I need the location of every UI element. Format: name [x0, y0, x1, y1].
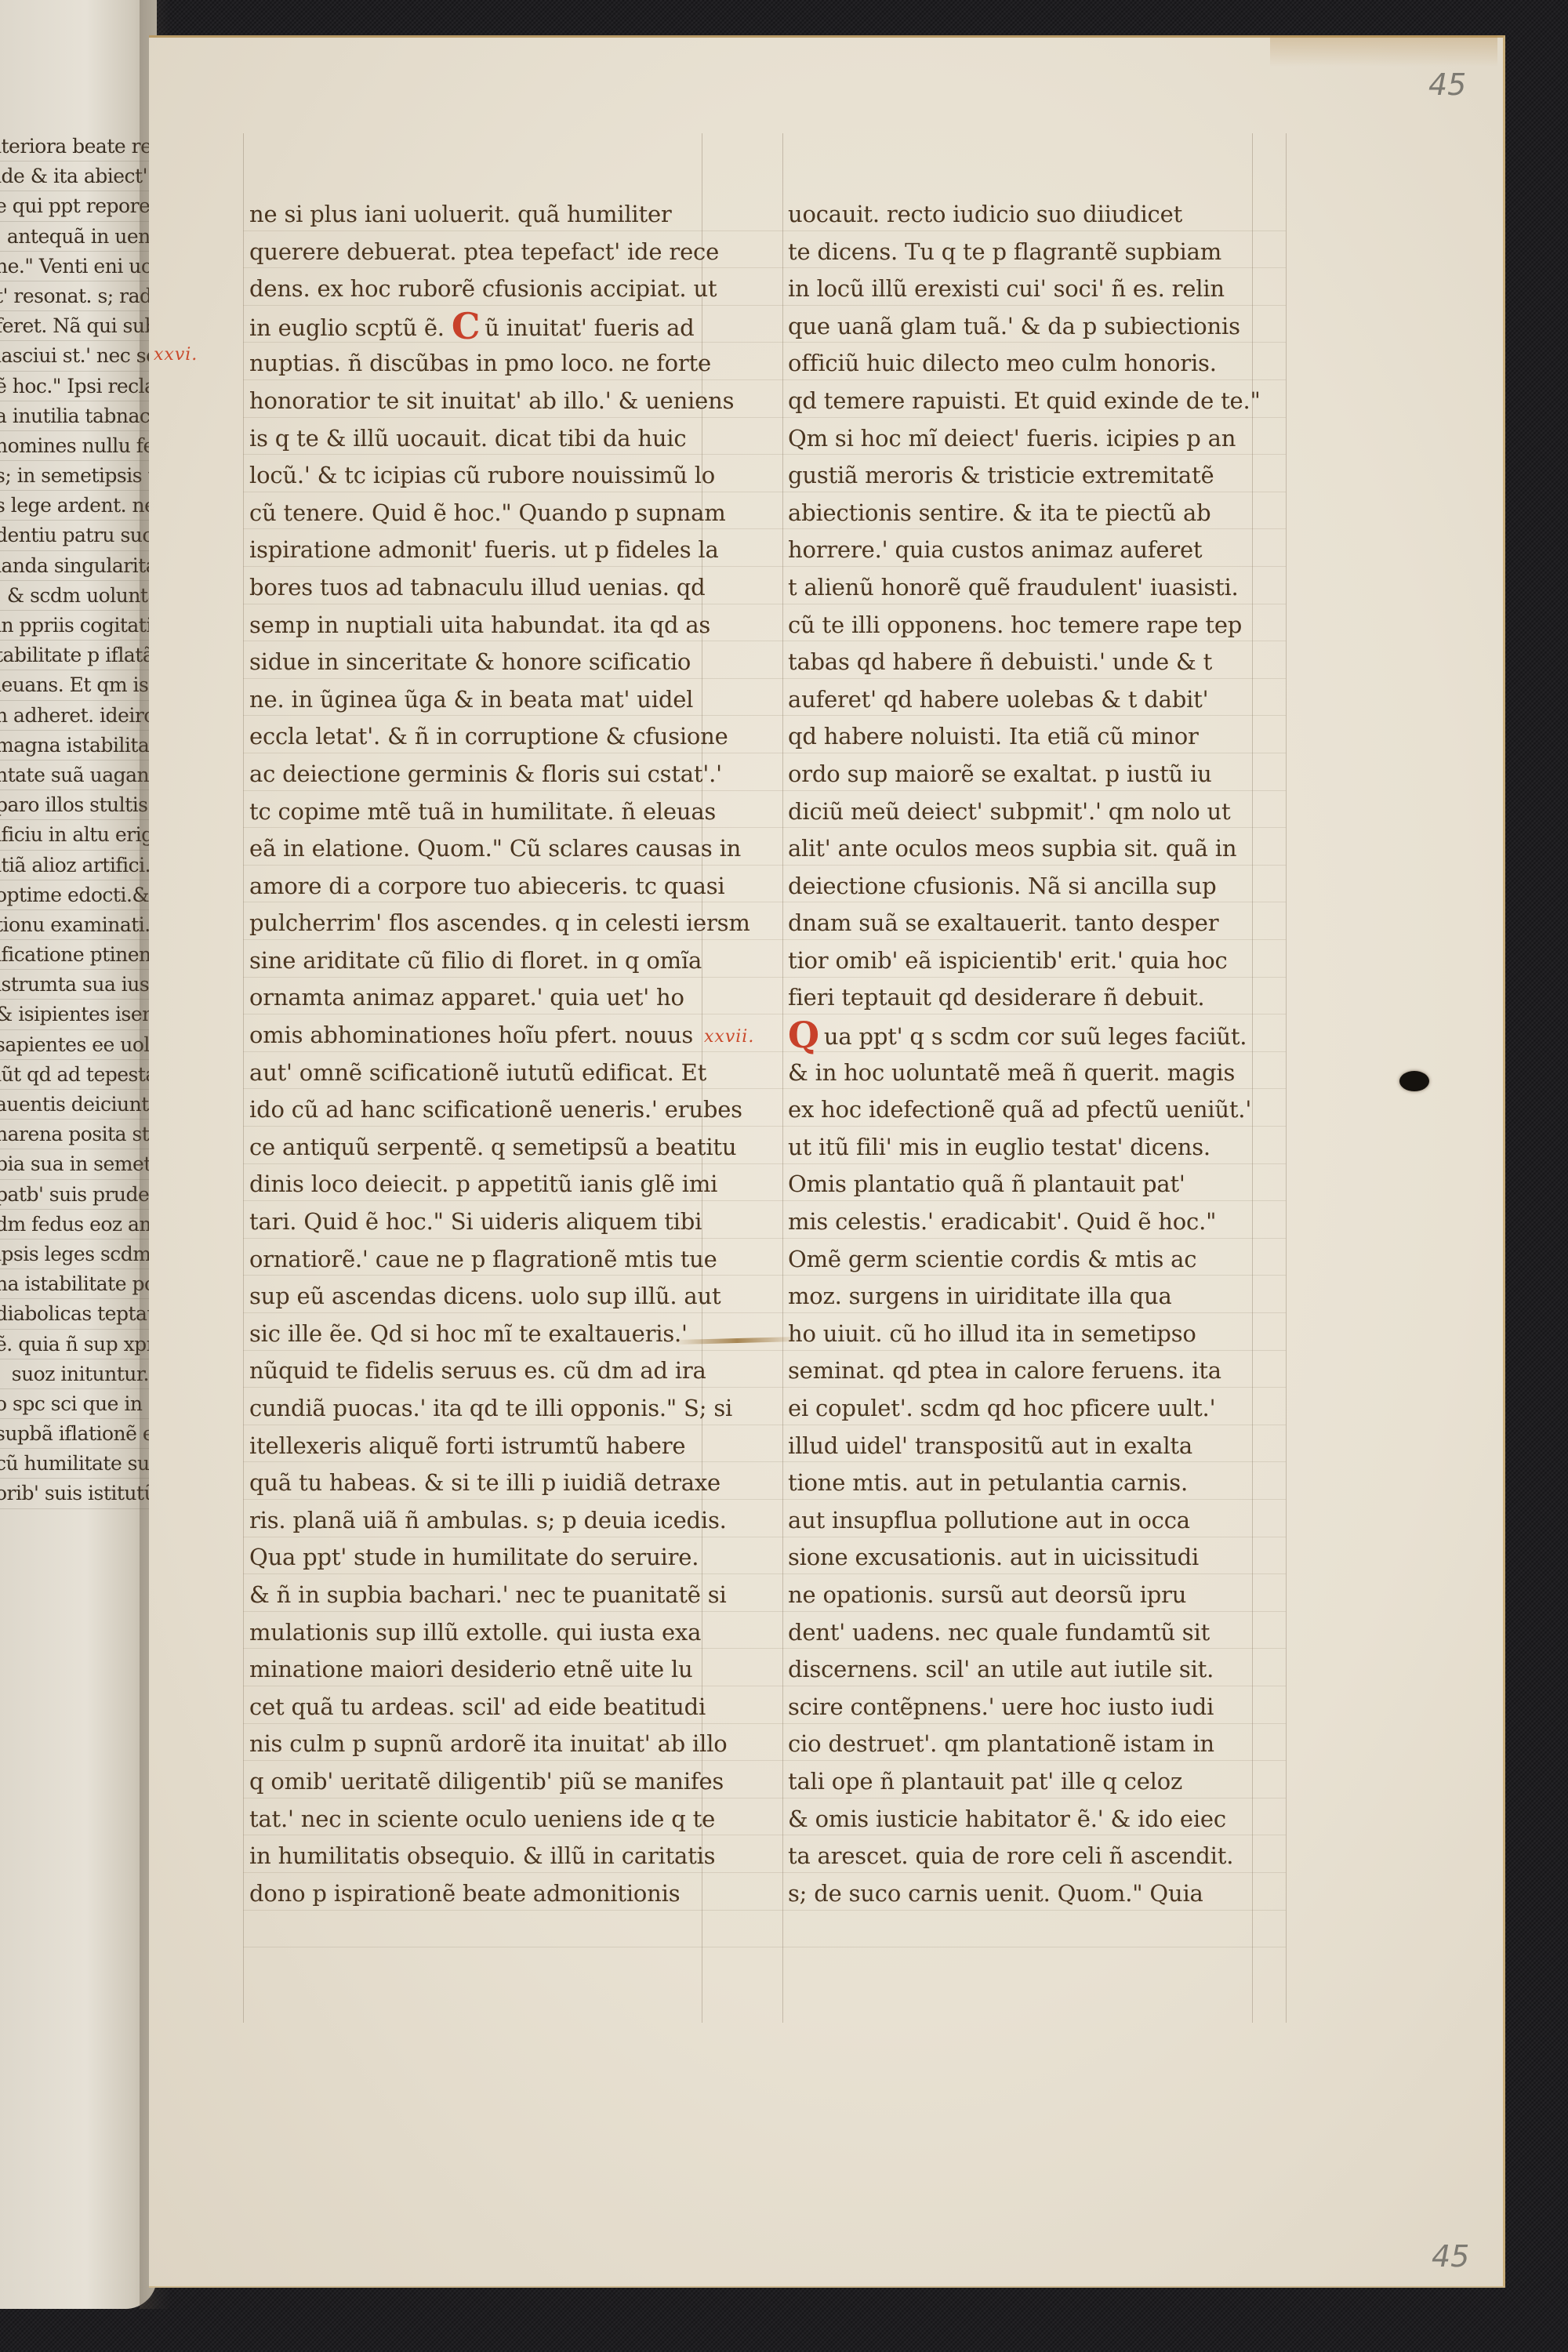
- verso-text-line: s; in semetipsis tor: [0, 461, 157, 491]
- text-line: ei copulet'. scdm qd hoc pficere uult.': [788, 1390, 1261, 1428]
- text-line: eã in elatione. Quom." Cũ sclares causas…: [249, 830, 750, 868]
- text-line: tior omib' eã ispicientib' erit.' quia h…: [788, 942, 1261, 980]
- text-line: pulcherrim' flos ascendes. q in celesti …: [249, 905, 750, 942]
- verso-text-line: paro illos stultis ar: [0, 790, 157, 820]
- text-line: itellexeris aliquẽ forti istrumtũ habere: [249, 1428, 750, 1465]
- text-line: locũ.' & tc icipias cũ rubore nouissimũ …: [249, 457, 750, 495]
- text-line: Omis plantatio quã ñ plantauit pat': [788, 1166, 1261, 1203]
- verso-text-line: magna istabilitat: [0, 731, 157, 760]
- verso-text-line: in ppriis cogitatio: [0, 611, 157, 641]
- text-line: bores tuos ad tabnaculu illud uenias. qd: [249, 569, 750, 607]
- text-line: qd temere rapuisti. Et quid exinde de te…: [788, 383, 1261, 420]
- text-line: aut' omnẽ scificationẽ iututũ edificat. …: [249, 1054, 750, 1092]
- text-line: deiectione cfusionis. Nã si ancilla sup: [788, 868, 1261, 906]
- text-line: ta arescet. quia de rore celi ñ ascendit…: [788, 1838, 1261, 1875]
- text-line: ordo sup maiorẽ se exaltat. p iustũ iu: [788, 756, 1261, 793]
- text-line: eccla letat'. & ñ in corruptione & cfusi…: [249, 718, 750, 756]
- text-line: aut insupflua pollutione aut in occa: [788, 1502, 1261, 1540]
- text-line: tari. Quid ẽ hoc." Si uideris aliquem ti…: [249, 1203, 750, 1241]
- verso-text-line: orib' suis istitutũ ẽ.: [0, 1479, 157, 1508]
- verso-text-line: na istabilitate ponu: [0, 1269, 157, 1299]
- text-line: ce antiquũ serpentẽ. q semetipsũ a beati…: [249, 1129, 750, 1167]
- verso-text-line: tionu examinati.: [0, 910, 157, 940]
- verso-text-line: homines nullu fer: [0, 431, 157, 461]
- verso-text-line: patb' suis prudentes: [0, 1180, 157, 1210]
- text-line: cet quã tu ardeas. scil' ad eide beatitu…: [249, 1689, 750, 1726]
- text-line: ornamta animaz apparet.' quia uet' ho: [249, 979, 750, 1017]
- text-line: diciũ meũ deiect' subpmit'.' qm nolo ut: [788, 793, 1261, 831]
- verso-text-line: lasciui st.' nec scdm: [0, 341, 157, 371]
- verso-text-line: ificatione ptinent: [0, 940, 157, 970]
- text-line: minatione maiori desiderio etnẽ uite lu: [249, 1651, 750, 1689]
- text-line: dinis loco deiecit. p appetitũ ianis glẽ…: [249, 1166, 750, 1203]
- verso-text-line: cũ humilitate sui: [0, 1449, 157, 1479]
- verso-text-line: feret. Nã qui sub: [0, 311, 157, 341]
- text-line: sine ariditate cũ filio di floret. in q …: [249, 942, 750, 980]
- text-line: Omẽ germ scientie cordis & mtis ac: [788, 1241, 1261, 1279]
- text-line: querere debuerat. ptea tepefact' ide rec…: [249, 234, 750, 271]
- text-line: mulationis sup illũ extolle. qui iusta e…: [249, 1614, 750, 1652]
- text-line: illud uidel' transpositũ aut in exalta: [788, 1428, 1261, 1465]
- text-line: cũ te illi opponens. hoc temere rape tep: [788, 607, 1261, 644]
- text-line: auferet' qd habere uolebas & t dabit': [788, 681, 1261, 719]
- text-line: ne opationis. sursũ aut deorsũ ipru: [788, 1577, 1261, 1614]
- text-line: & omis iusticie habitator ẽ.' & ido eiec: [788, 1801, 1261, 1838]
- text-line: abiectionis sentire. & ita te piectũ ab: [788, 495, 1261, 532]
- text-line: gustiã meroris & tristicie extremitatẽ: [788, 457, 1261, 495]
- verso-text-line: ide & ita abiect' con: [0, 162, 157, 191]
- text-line: amore di a corpore tuo abieceris. tc qua…: [249, 868, 750, 906]
- verso-text-line: e qui ppt reporem: [0, 191, 157, 221]
- verso-text-line: bia sua in semetipsis: [0, 1149, 157, 1179]
- text-line: nuptias. ñ discũbas in pmo loco. ne fort…: [249, 345, 750, 383]
- text-line: mis celestis.' eradicabit'. Quid ẽ hoc.": [788, 1203, 1261, 1241]
- text-line: in humilitatis obsequio. & illũ in carit…: [249, 1838, 750, 1875]
- text-line: tc copime mtẽ tuã in humilitate. ñ eleua…: [249, 793, 750, 831]
- text-line: Qua ppt' q s scdm cor suũ leges faciũt.: [788, 1017, 1261, 1054]
- text-line: ido cũ ad hanc scificationẽ ueneris.' er…: [249, 1091, 750, 1129]
- folio-number-top: 45: [1428, 67, 1466, 102]
- verso-text-line: ianda singularitati: [0, 551, 157, 581]
- text-column-left: ne si plus iani uoluerit. quã humiliterq…: [249, 196, 750, 1912]
- text-line: sup eũ ascendas dicens. uolo sup illũ. a…: [249, 1278, 750, 1316]
- verso-text-line: ẽ hoc." Ipsi reclam: [0, 372, 157, 401]
- verso-text-line: istrumta sua iust: [0, 970, 157, 1000]
- red-initial: C: [452, 305, 480, 347]
- text-line: quã tu habeas. & si te illi p iuidiã det…: [249, 1465, 750, 1502]
- text-line: dens. ex hoc ruborẽ cfusionis accipiat. …: [249, 270, 750, 308]
- verso-text-line: ipsis leges scdm uo: [0, 1240, 157, 1269]
- text-line: ornatiorẽ.' caue ne p flagrationẽ mtis t…: [249, 1241, 750, 1279]
- text-line: honoratior te sit inuitat' ab illo.' & u…: [249, 383, 750, 420]
- text-line: ne. in ũginea ũga & in beata mat' uidel: [249, 681, 750, 719]
- verso-text-line: n adheret. ideirco: [0, 701, 157, 731]
- text-line: cũ tenere. Quid ẽ hoc." Quando p supnam: [249, 495, 750, 532]
- verso-text-line: . & scdm uolunta: [0, 581, 157, 611]
- text-line: que uanã glam tuã.' & da p subiectionis: [788, 308, 1261, 346]
- text-line: semp in nuptiali uita habundat. ita qd a…: [249, 607, 750, 644]
- verso-text-line: tabilitate p iflatã: [0, 641, 157, 670]
- verso-text-block: iteriora beate recepide & ita abiect' co…: [0, 132, 157, 1509]
- text-line: tali ope ñ plantauit pat' ille q celoz: [788, 1763, 1261, 1801]
- text-line: tat.' nec in sciente oculo ueniens ide q…: [249, 1801, 750, 1838]
- text-line: sione excusationis. aut in uicissitudi: [788, 1539, 1261, 1577]
- text-line: tabas qd habere ñ debuisti.' unde & t: [788, 644, 1261, 681]
- text-line: horrere.' quia custos animaz auferet: [788, 532, 1261, 569]
- ruling-line: [1286, 133, 1287, 2023]
- text-line: cundiã puocas.' ita qd te illi opponis."…: [249, 1390, 750, 1428]
- verso-text-line: sapientes ee uolunt.: [0, 1030, 157, 1060]
- text-line: qd habere noluisti. Ita etiã cũ minor: [788, 718, 1261, 756]
- edge-stain: [1270, 35, 1497, 67]
- verso-text-line: auentis deiciunt.: [0, 1090, 157, 1120]
- verso-text-line: iũt qd ad tepestates: [0, 1060, 157, 1090]
- text-line: te dicens. Tu q te p flagrantẽ supbiam: [788, 234, 1261, 271]
- text-line: ris. planã uiã ñ ambulas. s; p deuia ice…: [249, 1502, 750, 1540]
- verso-text-line: dentiu patru suoz: [0, 521, 157, 550]
- verso-text-line: supbã iflationẽ euacu: [0, 1419, 157, 1449]
- verso-text-line: & isipientes isemet: [0, 1000, 157, 1029]
- verso-text-line: optime edocti.& di: [0, 880, 157, 910]
- text-line: nũquid te fidelis seruus es. cũ dm ad ir…: [249, 1352, 750, 1390]
- text-line: dono p ispirationẽ beate admonitionis: [249, 1875, 750, 1913]
- text-line: ispiratione admonit' fueris. ut p fidele…: [249, 532, 750, 569]
- verso-text-line: o spc sci que in anti: [0, 1389, 157, 1419]
- verso-text-line: a inutilia tabnacula: [0, 401, 157, 431]
- text-line: q omib' ueritatẽ diligentib' piũ se mani…: [249, 1763, 750, 1801]
- red-initial: Q: [788, 1014, 819, 1056]
- verso-text-line: leuans. Et qm istim: [0, 670, 157, 700]
- verso-text-line: ificiu in altu erigen: [0, 820, 157, 850]
- folio-number-bottom: 45: [1432, 2239, 1469, 2274]
- text-line: is q te & illũ uocauit. dicat tibi da hu…: [249, 420, 750, 458]
- text-line: in locũ illũ erexisti cui' soci' ñ es. r…: [788, 270, 1261, 308]
- text-line: t alienũ honorẽ quẽ fraudulent' iuasisti…: [788, 569, 1261, 607]
- parchment-hole: [1399, 1071, 1429, 1091]
- rubric-chapter-26: xxvi.: [154, 345, 198, 365]
- text-line: & in hoc uoluntatẽ meã ñ querit. magis: [788, 1054, 1261, 1092]
- text-line: uocauit. recto iudicio suo diiudicet: [788, 196, 1261, 234]
- text-line: ho uiuit. cũ ho illud ita in semetipso: [788, 1316, 1261, 1353]
- verso-text-line: iteriora beate recep: [0, 132, 157, 162]
- text-line: dnam suã se exaltauerit. tanto desper: [788, 905, 1261, 942]
- text-line: nis culm p supnũ ardorẽ ita inuitat' ab …: [249, 1726, 750, 1763]
- text-line: ac deiectione germinis & floris sui csta…: [249, 756, 750, 793]
- verso-text-line: ẽ. quia ñ sup xpm s;: [0, 1330, 157, 1359]
- text-line: alit' ante oculos meos supbia sit. quã i…: [788, 830, 1261, 868]
- verso-text-line: dm fedus eoz ambu: [0, 1210, 157, 1240]
- text-line: Qua ppt' stude in humilitate do seruire.: [249, 1539, 750, 1577]
- text-line: ut itũ fili' mis in euglio testat' dicen…: [788, 1129, 1261, 1167]
- text-line: & ñ in supbia bachari.' nec te puanitatẽ…: [249, 1577, 750, 1614]
- text-line: fieri teptauit qd desiderare ñ debuit.: [788, 979, 1261, 1017]
- verso-text-line: ntate suã uagant.: [0, 760, 157, 790]
- text-line: scire contẽpnens.' uere hoc iusto iudi: [788, 1689, 1261, 1726]
- text-line: seminat. qd ptea in calore feruens. ita: [788, 1352, 1261, 1390]
- text-line: cio destruet'. qm plantationẽ istam in: [788, 1726, 1261, 1763]
- verso-text-line: suoz inituntur.: [0, 1359, 157, 1389]
- text-line: sidue in sinceritate & honore scificatio: [249, 644, 750, 681]
- text-line: ne si plus iani uoluerit. quã humiliter: [249, 196, 750, 234]
- verso-text-line: s lege ardent. nec: [0, 491, 157, 521]
- verso-text-line: diabolicas teptationẽ: [0, 1299, 157, 1329]
- text-line: discernens. scil' an utile aut iutile si…: [788, 1651, 1261, 1689]
- text-line: tione mtis. aut in petulantia carnis.: [788, 1465, 1261, 1502]
- text-line: Qm si hoc mĩ deiect' fueris. icipies p a…: [788, 420, 1261, 458]
- text-line: officiũ huic dilecto meo culm honoris.: [788, 345, 1261, 383]
- verso-text-line: . antequã in uentre: [0, 222, 157, 252]
- verso-page-fragment: iteriora beate recepide & ita abiect' co…: [0, 0, 157, 2309]
- verso-text-line: t' resonat. s; radices: [0, 281, 157, 311]
- text-column-right: uocauit. recto iudicio suo diiudicette d…: [788, 196, 1261, 1912]
- text-line: dent' uadens. nec quale fundamtũ sit: [788, 1614, 1261, 1652]
- text-line: ex hoc idefectionẽ quã ad pfectũ ueniũt.…: [788, 1091, 1261, 1129]
- text-line: omis abhominationes hoĩu pfert. nouus: [249, 1017, 750, 1054]
- ruling-line: [243, 1947, 1286, 1947]
- text-line: in euglio scptũ ẽ. Cũ inuitat' fueris ad: [249, 308, 750, 346]
- verso-text-line: harena posita st. Ita: [0, 1120, 157, 1149]
- verso-text-line: itiã alioz artifici.: [0, 851, 157, 880]
- text-line: s; de suco carnis uenit. Quom." Quia: [788, 1875, 1261, 1913]
- verso-text-line: ne." Venti eni uo: [0, 252, 157, 281]
- text-line: moz. surgens in uiriditate illa qua: [788, 1278, 1261, 1316]
- text-line: sic ille ẽe. Qd si hoc mĩ te exaltaueris…: [249, 1316, 750, 1353]
